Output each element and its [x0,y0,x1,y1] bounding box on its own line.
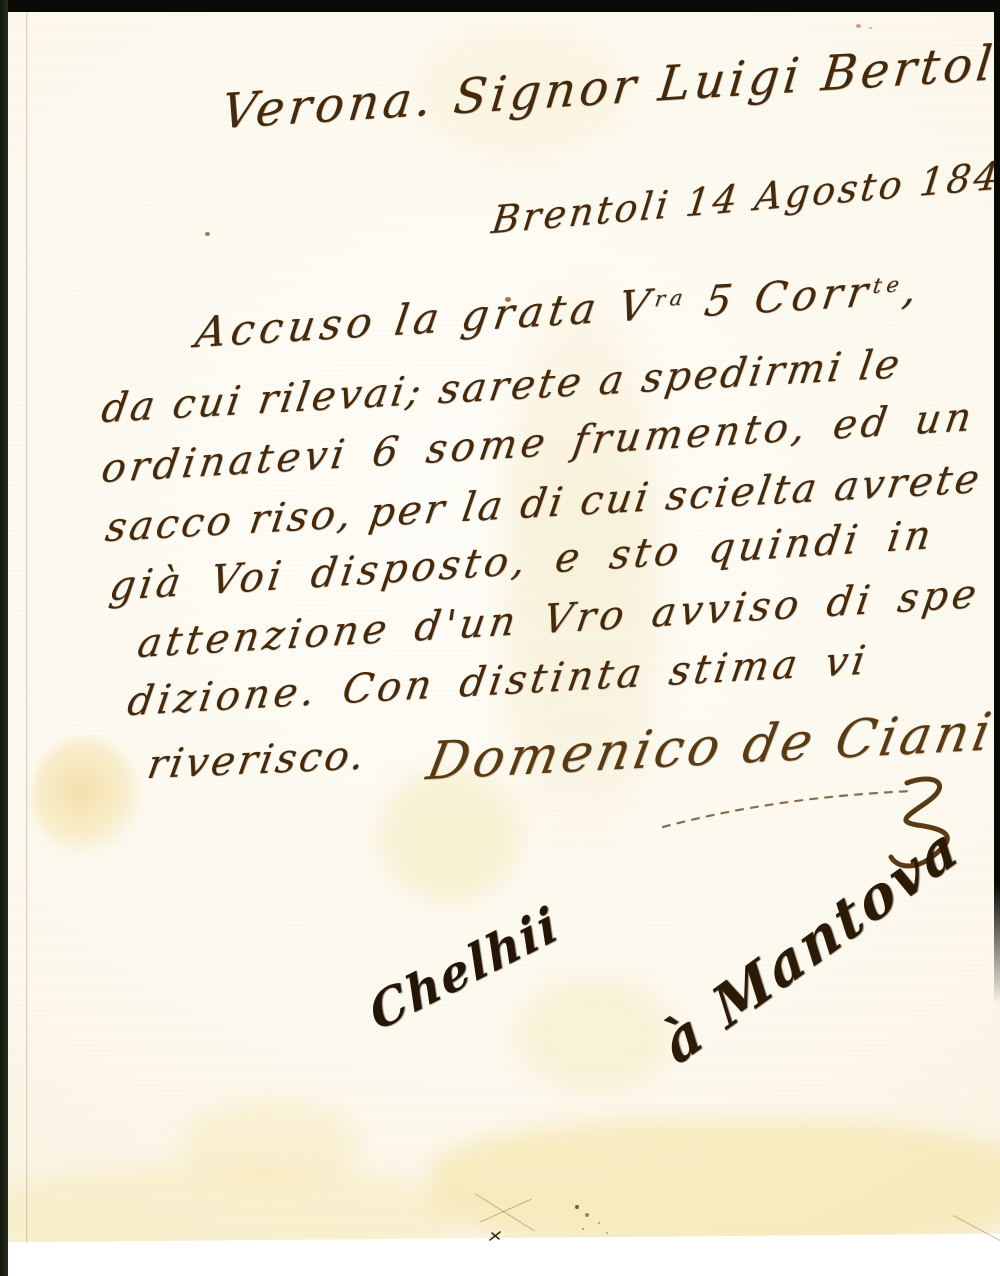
opening-text: 5 Corr [683,266,876,327]
body-line-opening: Accuso la grata Vra 5 Corrte, [192,263,925,357]
paper-stain-bottom [180,1100,360,1190]
paper-fold-crease [475,1194,535,1232]
paper-stain [520,980,670,1090]
address-line: Verona. Signor Luigi Bertoldi [219,32,1000,141]
red-speck [856,24,861,28]
opening-text: Accuso la grata V [192,280,658,358]
scan-edge-right [994,0,1000,1005]
body-line-closing: riverisco. [144,732,371,788]
ink-speck-cluster [575,1205,579,1209]
scan-edge-left [0,0,8,1276]
scan-edge-top [0,0,1000,12]
paper-stain-bottom [430,1120,1000,1250]
small-ink-mark [488,1230,504,1242]
paper-stain-round [32,738,140,854]
superscript-abbrev: ra [653,285,689,311]
superscript-abbrev: te [871,272,905,298]
scanner-background [0,1252,1000,1276]
dateline: Brentoli 14 Agosto 1849. [489,149,1000,242]
letter-scan: Verona. Signor Luigi Bertoldi Brentoli 1… [0,0,1000,1276]
postal-mark: Chelhii [363,895,566,1043]
ink-speck [205,232,210,236]
paper-left-edge-shadow [26,12,28,1252]
